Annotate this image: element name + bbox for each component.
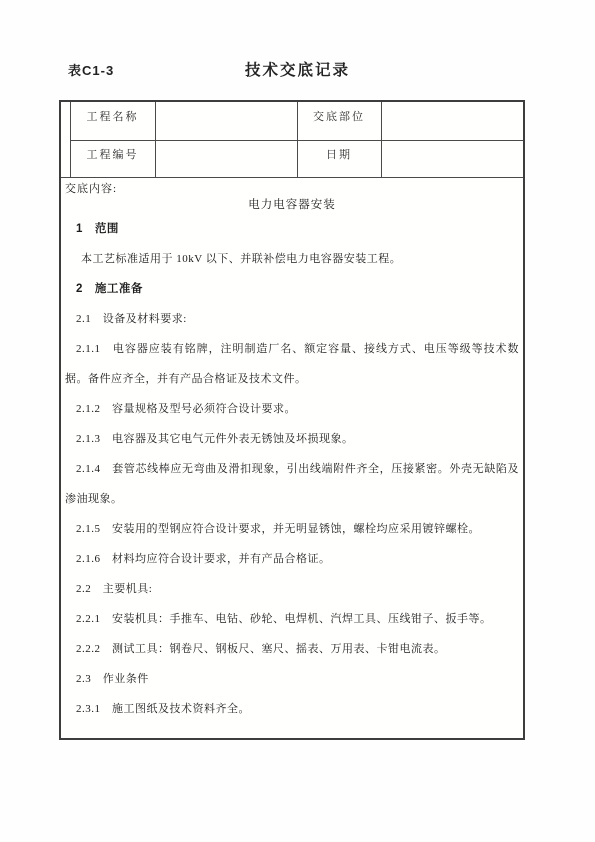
para-2-1-4: 2.1.4 套管芯线棒应无弯曲及滑扣现象，引出线端附件齐全，压接紧密。外壳无缺陷… bbox=[65, 454, 519, 514]
para-2-2-1: 2.2.1 安装机具：手推车、电钻、砂轮、电焊机、汽焊工具、压线钳子、扳手等。 bbox=[65, 604, 519, 634]
title-row: 表C1-3 技术交底记录 bbox=[0, 58, 595, 82]
date-value bbox=[381, 140, 523, 177]
para-2-1-2: 2.1.2 容量规格及型号必须符合设计要求。 bbox=[65, 394, 519, 424]
para-2-1: 2.1 设备及材料要求: bbox=[65, 304, 519, 334]
para-2-2-2: 2.2.2 测试工具：钢卷尺、钢板尺、塞尺、摇表、万用表、卡钳电流表。 bbox=[65, 634, 519, 664]
para-2-2: 2.2 主要机具: bbox=[65, 574, 519, 604]
page-title: 技术交底记录 bbox=[0, 58, 595, 80]
para-2-3: 2.3 作业条件 bbox=[65, 664, 519, 694]
project-number-label: 工程编号 bbox=[70, 140, 155, 177]
project-name-value bbox=[155, 102, 297, 140]
project-number-value bbox=[155, 140, 297, 177]
para-2-1-6: 2.1.6 材料均应符合设计要求，并有产品合格证。 bbox=[65, 544, 519, 574]
section-2-heading: 2 施工准备 bbox=[65, 274, 519, 304]
disclosure-content: 交底内容: 电力电容器安装 1 范围 本工艺标准适用于 10kV 以下、并联补偿… bbox=[61, 177, 523, 738]
info-table: 工程名称 交底部位 工程编号 日期 bbox=[61, 102, 523, 177]
para-2-1-3: 2.1.3 电容器及其它电气元件外表无锈蚀及坏损现象。 bbox=[65, 424, 519, 454]
para-2-1-5: 2.1.5 安装用的型钢应符合设计要求，并无明显锈蚀，螺栓均应采用镀锌螺栓。 bbox=[65, 514, 519, 544]
para-2-1-1: 2.1.1 电容器应装有铭牌，注明制造厂名、额定容量、接线方式、电压等级等技术数… bbox=[65, 334, 519, 394]
content-box: 工程名称 交底部位 工程编号 日期 交底内容: 电力电容器安装 1 范围 本工艺… bbox=[59, 100, 525, 740]
document-subject: 电力电容器安装 bbox=[65, 197, 519, 214]
section-1-heading: 1 范围 bbox=[65, 214, 519, 244]
document-page: 表C1-3 技术交底记录 工程名称 交底部位 工程编号 日期 交底内容: 电力电… bbox=[0, 0, 595, 842]
disclosure-part-label: 交底部位 bbox=[297, 102, 381, 140]
disclosure-part-value bbox=[381, 102, 523, 140]
para-scope: 本工艺标准适用于 10kV 以下、并联补偿电力电容器安装工程。 bbox=[65, 244, 519, 274]
date-label: 日期 bbox=[297, 140, 381, 177]
disclosure-content-label: 交底内容: bbox=[65, 182, 519, 197]
para-2-3-1: 2.3.1 施工图纸及技术资料齐全。 bbox=[65, 694, 519, 724]
project-name-label: 工程名称 bbox=[70, 102, 155, 140]
